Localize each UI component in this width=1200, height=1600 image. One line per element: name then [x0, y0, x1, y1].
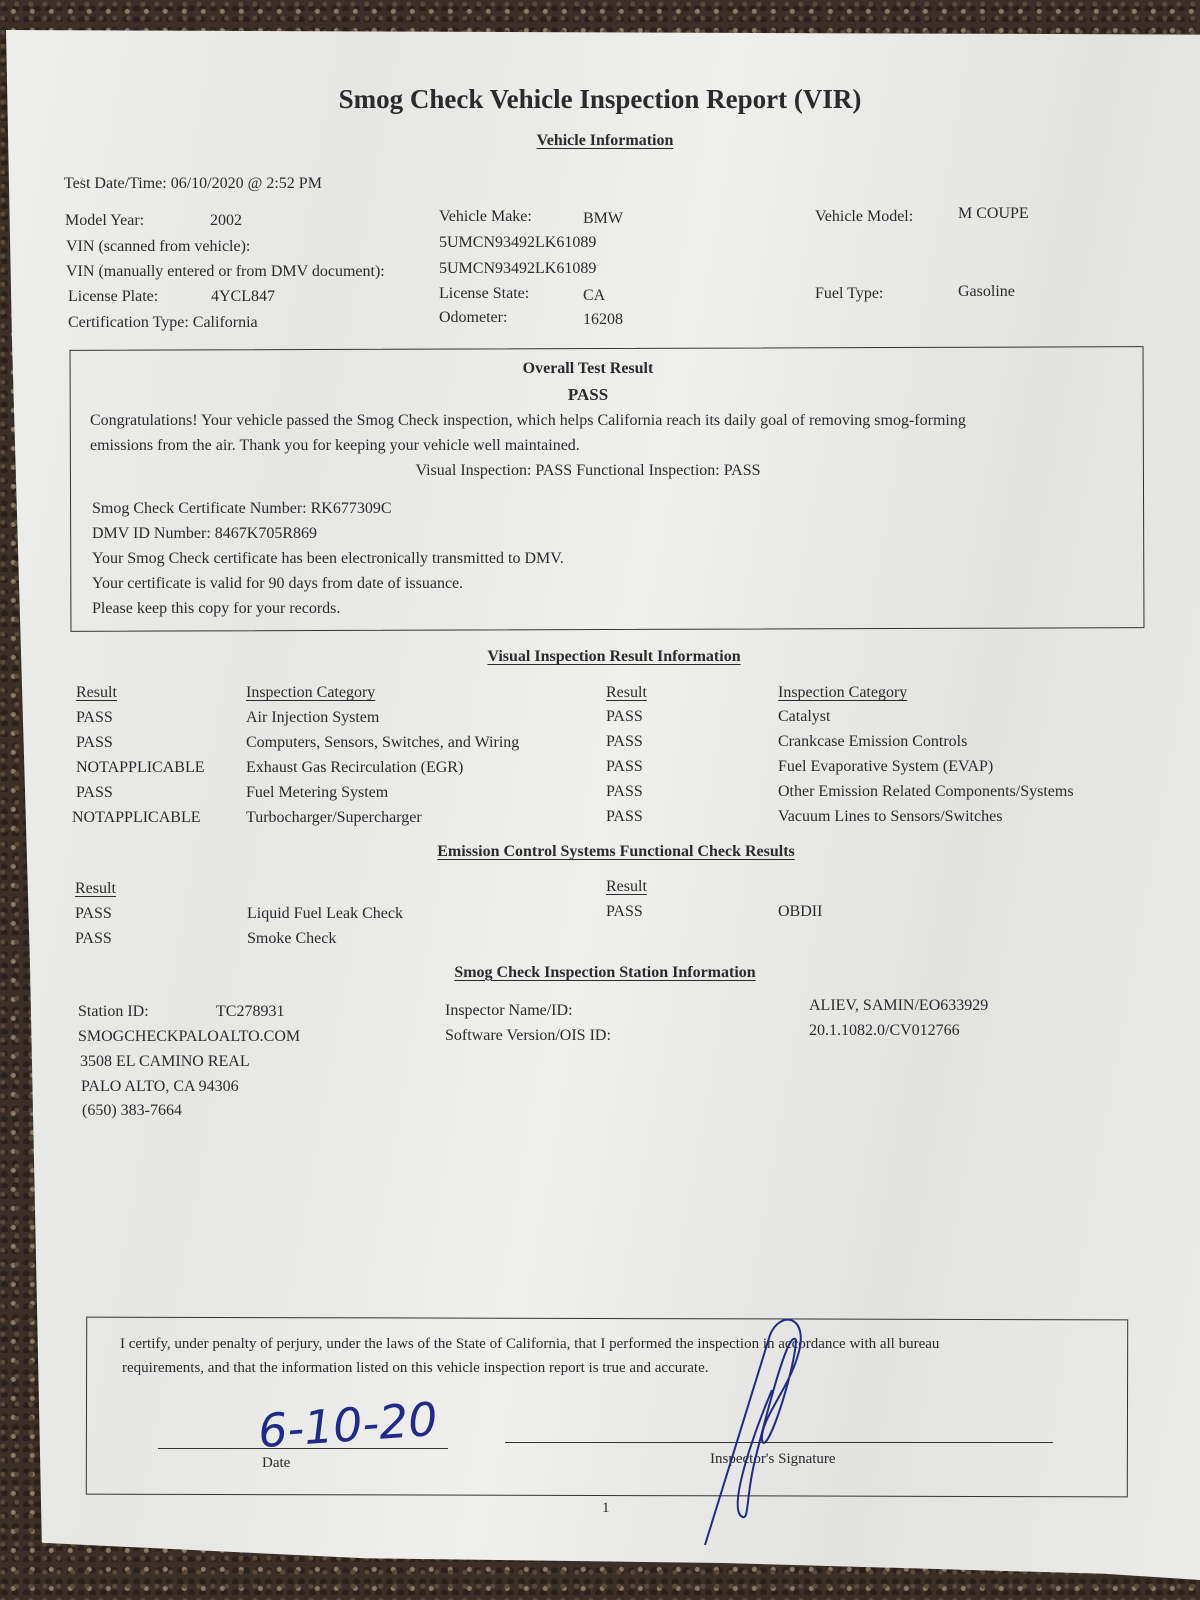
- station-address-line2: PALO ALTO, CA 94306: [81, 1078, 239, 1096]
- odometer-label: Odometer:: [439, 309, 507, 327]
- vin-manual-value: 5UMCN93492LK61089: [439, 260, 596, 278]
- station-address-line1: 3508 EL CAMINO REAL: [80, 1053, 250, 1071]
- license-plate-label: License Plate:: [68, 288, 158, 306]
- software-value: 20.1.1082.0/CV012766: [809, 1022, 960, 1040]
- visual-left-category: Turbocharger/Supercharger: [246, 809, 422, 827]
- dmv-id-number: DMV ID Number: 8467K705R869: [92, 525, 317, 543]
- visual-right-category: Fuel Evaporative System (EVAP): [778, 758, 993, 776]
- test-datetime-label: Test Date/Time:: [64, 175, 167, 192]
- visual-left-category: Exhaust Gas Recirculation (EGR): [246, 759, 463, 777]
- visual-right-result: PASS: [606, 733, 643, 751]
- functional-left-result: PASS: [75, 905, 112, 923]
- vehicle-make-label: Vehicle Make:: [439, 208, 532, 226]
- functional-check-heading: Emission Control Systems Functional Chec…: [0, 843, 1200, 861]
- visual-right-category: Catalyst: [778, 708, 830, 726]
- fuel-type-label: Fuel Type:: [815, 285, 883, 303]
- inspector-label: Inspector Name/ID:: [445, 1002, 573, 1020]
- visual-left-result: NOTAPPLICABLE: [76, 759, 205, 777]
- certification-type: Certification Type: California: [68, 314, 258, 332]
- overall-result-status: PASS: [0, 385, 1176, 405]
- model-year-label: Model Year:: [65, 212, 144, 230]
- visual-left-category: Computers, Sensors, Switches, and Wiring: [246, 734, 519, 752]
- functional-left-check: Smoke Check: [247, 930, 336, 948]
- visual-inspection-heading: Visual Inspection Result Information: [0, 648, 1200, 666]
- inspection-summary: Visual Inspection: PASS Functional Inspe…: [0, 462, 1176, 480]
- visual-right-category-header: Inspection Category: [778, 684, 907, 702]
- visual-right-result: PASS: [606, 783, 643, 801]
- congrats-message-line1: Congratulations! Your vehicle passed the…: [90, 412, 966, 430]
- station-id-label: Station ID:: [78, 1003, 149, 1021]
- vehicle-model-value: M COUPE: [958, 205, 1029, 223]
- vin-manual-label: VIN (manually entered or from DMV docume…: [66, 263, 385, 281]
- test-datetime: Test Date/Time: 06/10/2020 @ 2:52 PM: [64, 175, 322, 193]
- license-state-label: License State:: [439, 285, 529, 303]
- visual-left-category: Fuel Metering System: [246, 784, 388, 802]
- visual-left-result: PASS: [76, 709, 113, 727]
- inspector-signature: [700, 1310, 840, 1550]
- license-plate-value: 4YCL847: [211, 288, 275, 306]
- software-label: Software Version/OIS ID:: [445, 1027, 611, 1045]
- functional-left-result: PASS: [75, 930, 112, 948]
- station-id-value: TC278931: [216, 1003, 284, 1021]
- station-phone: (650) 383-7664: [82, 1102, 182, 1120]
- report-title: Smog Check Vehicle Inspection Report (VI…: [0, 84, 1200, 115]
- functional-left-check: Liquid Fuel Leak Check: [247, 905, 403, 923]
- congrats-message-line2: emissions from the air. Thank you for ke…: [90, 437, 580, 455]
- page-number: 1: [602, 1500, 610, 1517]
- validity-note: Your certificate is valid for 90 days fr…: [92, 575, 463, 593]
- vehicle-information-heading: Vehicle Information: [0, 132, 1200, 150]
- visual-left-result: NOTAPPLICABLE: [72, 809, 201, 827]
- certification-type-value: California: [193, 314, 258, 331]
- visual-right-result-header: Result: [606, 684, 647, 702]
- vehicle-model-label: Vehicle Model:: [815, 208, 913, 226]
- keep-copy-note: Please keep this copy for your records.: [92, 600, 340, 618]
- license-state-value: CA: [583, 287, 605, 305]
- model-year-value: 2002: [210, 212, 242, 230]
- odometer-value: 16208: [583, 311, 623, 329]
- visual-right-category: Vacuum Lines to Sensors/Switches: [778, 808, 1002, 826]
- station-info-heading: Smog Check Inspection Station Informatio…: [0, 964, 1200, 982]
- visual-left-category: Air Injection System: [246, 709, 379, 727]
- functional-left-result-header: Result: [75, 880, 116, 898]
- visual-left-category-header: Inspection Category: [246, 684, 375, 702]
- transmitted-note: Your Smog Check certificate has been ele…: [92, 550, 564, 568]
- vin-scanned-value: 5UMCN93492LK61089: [439, 234, 596, 252]
- visual-right-category: Other Emission Related Components/System…: [778, 783, 1074, 801]
- functional-right-result: PASS: [606, 903, 643, 921]
- visual-right-result: PASS: [606, 808, 643, 826]
- functional-right-check: OBDII: [778, 903, 822, 921]
- functional-right-result-header: Result: [606, 878, 647, 896]
- visual-left-result: PASS: [76, 734, 113, 752]
- vehicle-make-value: BMW: [583, 210, 623, 228]
- visual-right-result: PASS: [606, 758, 643, 776]
- visual-right-result: PASS: [606, 708, 643, 726]
- certificate-number: Smog Check Certificate Number: RK677309C: [92, 500, 392, 518]
- vin-scanned-label: VIN (scanned from vehicle):: [66, 238, 250, 256]
- test-datetime-value: 06/10/2020 @ 2:52 PM: [171, 175, 322, 192]
- fuel-type-value: Gasoline: [958, 283, 1015, 301]
- visual-right-category: Crankcase Emission Controls: [778, 733, 967, 751]
- station-name: SMOGCHECKPALOALTO.COM: [78, 1028, 300, 1046]
- visual-left-result-header: Result: [76, 684, 117, 702]
- certification-type-label: Certification Type:: [68, 314, 189, 331]
- certification-statement-line2: requirements, and that the information l…: [122, 1360, 708, 1377]
- inspector-value: ALIEV, SAMIN/EO633929: [809, 997, 988, 1015]
- visual-left-result: PASS: [76, 784, 113, 802]
- overall-result-heading: Overall Test Result: [0, 360, 1176, 378]
